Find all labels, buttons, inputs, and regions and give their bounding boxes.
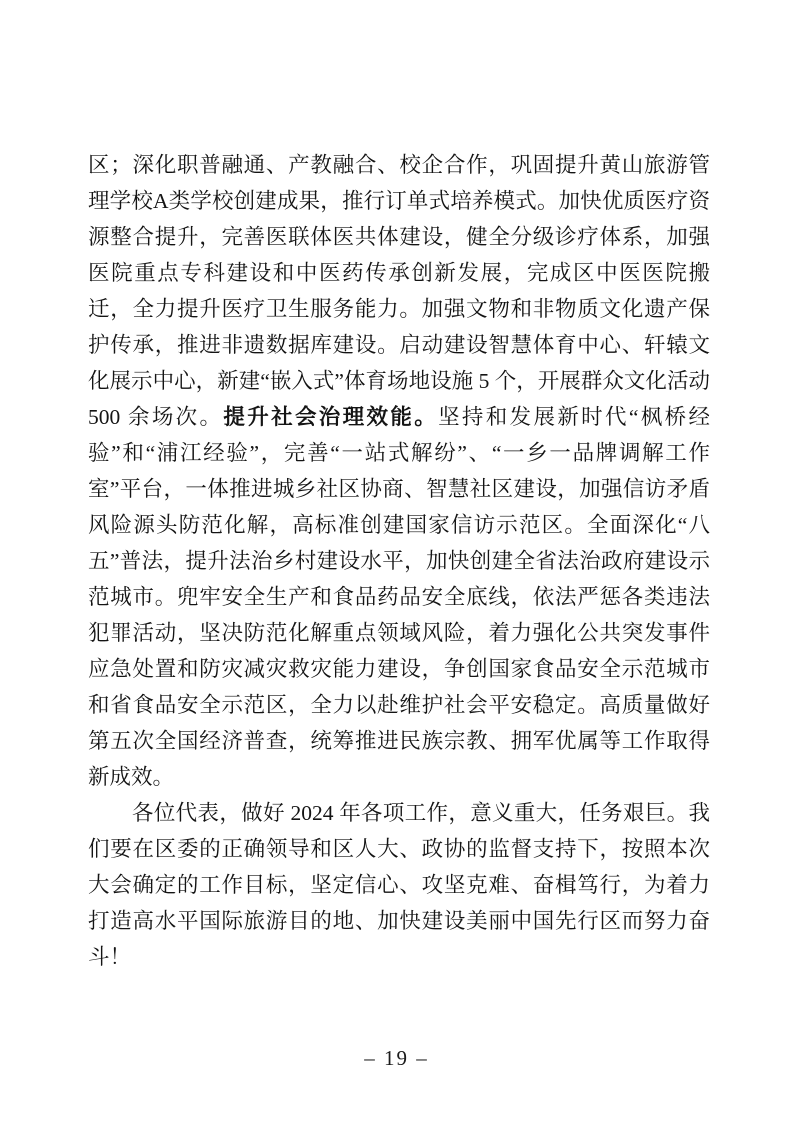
inline-bold-heading: 提升社会治理效能。 xyxy=(223,405,438,429)
page-number: – 19 – xyxy=(364,1046,429,1070)
paragraph-text-before-bold: 区；深化职普融通、产教融合、校企合作，巩固提升黄山旅游管理学校A类学校创建成果，… xyxy=(88,153,710,429)
paragraph-closing: 各位代表，做好 2024 年各项工作，意义重大，任务艰巨。我们要在区委的正确领导… xyxy=(88,795,710,975)
page-footer: – 19 – xyxy=(0,1046,793,1071)
paragraph-text-after-bold: 坚持和发展新时代“枫桥经验”和“浦江经验”，完善“一站式解纷”、“一乡一品牌调解… xyxy=(88,405,710,789)
body-text: 区；深化职普融通、产教融合、校企合作，巩固提升黄山旅游管理学校A类学校创建成果，… xyxy=(88,147,710,975)
document-page: 区；深化职普融通、产教融合、校企合作，巩固提升黄山旅游管理学校A类学校创建成果，… xyxy=(0,0,793,1122)
paragraph-continued: 区；深化职普融通、产教融合、校企合作，巩固提升黄山旅游管理学校A类学校创建成果，… xyxy=(88,147,710,795)
